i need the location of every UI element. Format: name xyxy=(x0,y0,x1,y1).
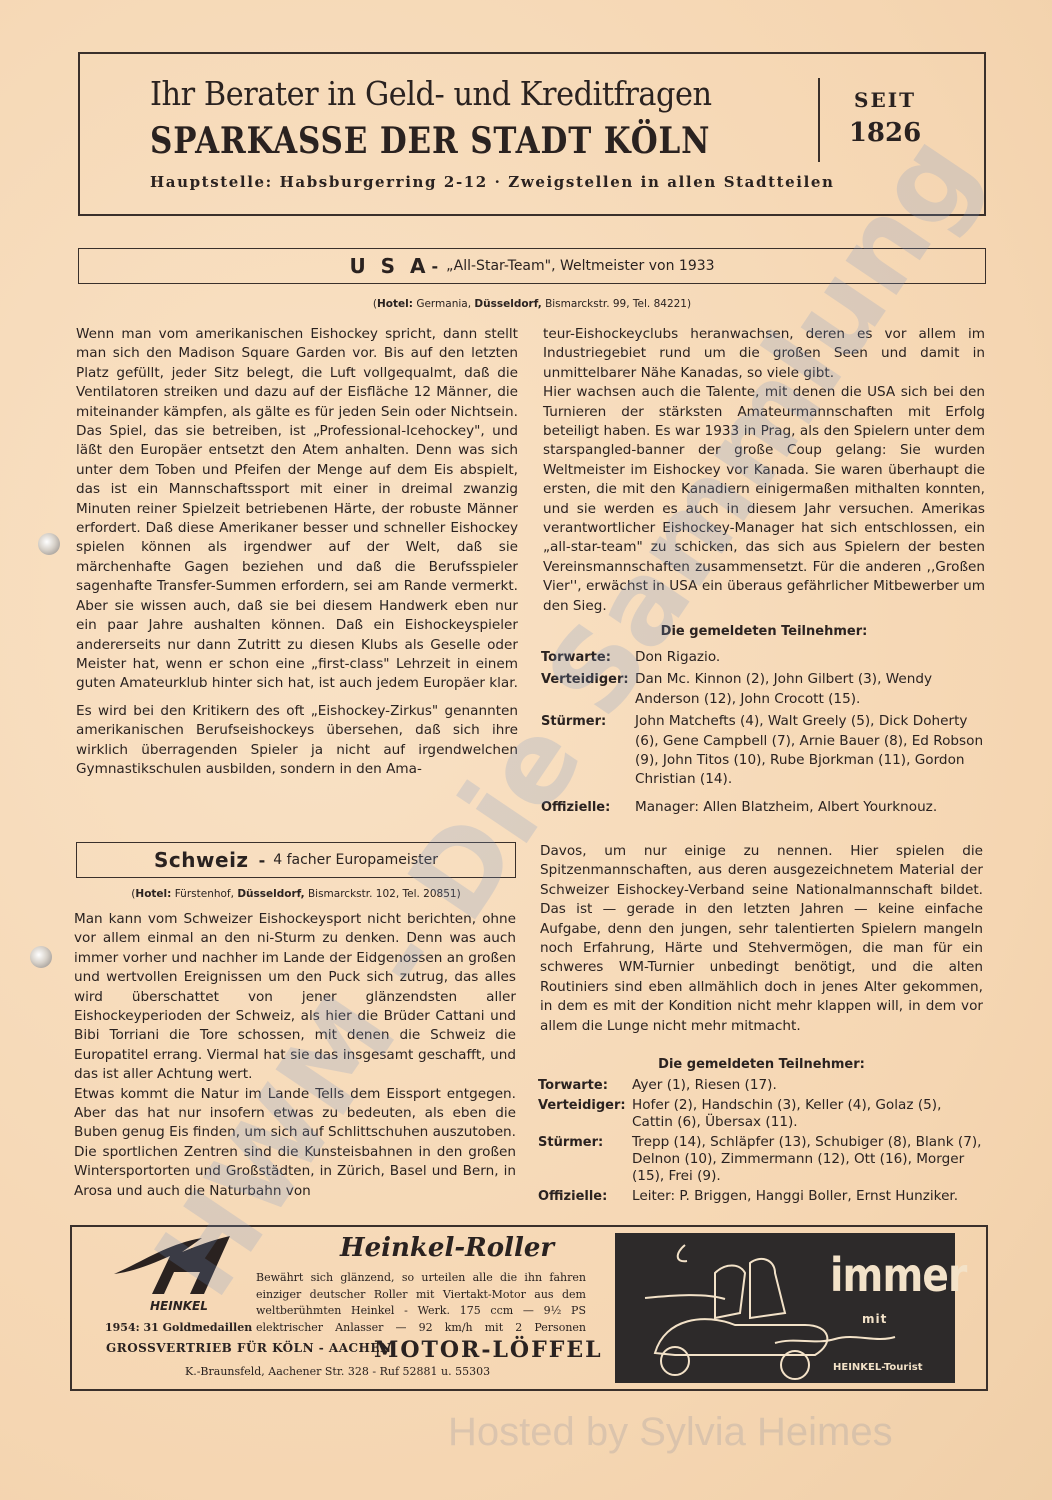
ad-line: Bewährt sich glänzend, so urteilen alle … xyxy=(256,1270,586,1287)
bank-divider xyxy=(818,78,820,162)
tourist-mit: mit xyxy=(862,1312,887,1326)
roster-value: John Matchefts (4), Walt Greely (5), Dic… xyxy=(635,712,985,790)
roster-label: Torwarte: xyxy=(538,1077,632,1094)
roster-label: Offizielle: xyxy=(538,1188,632,1205)
roster-value: Hofer (2), Handschin (3), Keller (4), Go… xyxy=(632,1097,984,1131)
hotel-name: Germania, xyxy=(416,298,471,310)
bank-name: SPARKASSE DER STADT KÖLN xyxy=(150,120,710,162)
tourist-headline: immer xyxy=(830,1248,966,1302)
roster-value: Leiter: P. Briggen, Hanggi Boller, Ernst… xyxy=(632,1188,984,1205)
paragraph: Davos, um nur einige zu nennen. Hier spi… xyxy=(540,842,983,1036)
heinkel-medals: 1954: 31 Goldmedaillen xyxy=(105,1321,252,1334)
roster-label: Stürmer: xyxy=(541,712,635,790)
usa-hotel: (Hotel: Germania, Düsseldorf, Bismarckst… xyxy=(78,298,986,310)
usa-title-box: U S A - „All-Star-Team", Weltmeister von… xyxy=(78,248,986,284)
bank-address: Hauptstelle: Habsburgerring 2-12 · Zweig… xyxy=(150,173,835,191)
roster-row: Verteidiger:Hofer (2), Handschin (3), Ke… xyxy=(538,1097,984,1131)
schweiz-title: Schweiz xyxy=(154,848,249,872)
roster-label: Torwarte: xyxy=(541,648,635,667)
ad-line: einziger deutscher Roller mit Viertakt-M… xyxy=(256,1287,586,1304)
hotel-label: Hotel: xyxy=(377,298,413,310)
roster-row: Verteidiger:Dan Mc. Kinnon (2), John Gil… xyxy=(541,670,985,709)
roster-label: Stürmer: xyxy=(538,1134,632,1185)
hotel-city: Düsseldorf, xyxy=(474,298,541,310)
roster-row: Stürmer:Trepp (14), Schläpfer (13), Schu… xyxy=(538,1134,984,1185)
paragraph: Es wird bei den Kritikern des oft „Eisho… xyxy=(76,702,518,780)
bank-slogan: Ihr Berater in Geld- und Kreditfragen xyxy=(150,74,712,113)
bank-since-label: SEIT xyxy=(835,88,935,112)
roster-value: Manager: Allen Blatzheim, Albert Yourkno… xyxy=(635,798,985,817)
paragraph: Man kann vom Schweizer Eishockeysport ni… xyxy=(74,910,516,1085)
svg-text:HEINKEL: HEINKEL xyxy=(150,1299,208,1313)
ad-line: elektrischer Anlasser — 92 km/h mit 2 Pe… xyxy=(256,1320,586,1337)
heinkel-wing-logo-icon: HEINKEL xyxy=(112,1232,237,1314)
paragraph: teur-Eishockeyclubs heranwachsen, deren … xyxy=(543,325,985,383)
usa-column-right: teur-Eishockeyclubs heranwachsen, deren … xyxy=(543,325,985,616)
schweiz-roster: Torwarte:Ayer (1), Riesen (17). Verteidi… xyxy=(538,1074,984,1205)
bank-since-year: 1826 xyxy=(835,118,935,148)
schweiz-title-box: Schweiz - 4 facher Europameister xyxy=(76,842,516,878)
dealer-address: K.-Braunsfeld, Aachener Str. 328 - Ruf 5… xyxy=(185,1365,490,1378)
hotel-name: Fürstenhof, xyxy=(175,888,234,900)
punch-hole xyxy=(30,946,52,968)
title-dash: - xyxy=(259,851,266,870)
title-dash: - xyxy=(432,257,439,276)
roster-row: Torwarte:Don Rigazio. xyxy=(541,648,985,667)
roster-value: Don Rigazio. xyxy=(635,648,985,667)
schweiz-hotel: (Hotel: Fürstenhof, Düsseldorf, Bismarck… xyxy=(76,888,516,900)
watermark-hosted: Hosted by Sylvia Heimes xyxy=(448,1410,893,1455)
schweiz-roster-title: Die gemeldeten Teilnehmer: xyxy=(540,1057,983,1072)
usa-roster: Torwarte:Don Rigazio. Verteidiger:Dan Mc… xyxy=(541,645,985,817)
heinkel-roller-name: Heinkel-Roller xyxy=(340,1233,554,1263)
schweiz-column-right: Davos, um nur einige zu nennen. Hier spi… xyxy=(540,842,983,1036)
hotel-address: Bismarckstr. 99, Tel. 84221) xyxy=(545,298,691,310)
roster-row: Offizielle:Manager: Allen Blatzheim, Alb… xyxy=(541,798,985,817)
usa-title: U S A xyxy=(349,254,429,278)
roster-value: Ayer (1), Riesen (17). xyxy=(632,1077,984,1094)
roster-label: Offizielle: xyxy=(541,798,635,817)
schweiz-column-left: Man kann vom Schweizer Eishockeysport ni… xyxy=(74,910,516,1201)
roster-value: Trepp (14), Schläpfer (13), Schubiger (8… xyxy=(632,1134,984,1185)
roster-row: Offizielle:Leiter: P. Briggen, Hanggi Bo… xyxy=(538,1188,984,1205)
heinkel-description: Bewährt sich glänzend, so urteilen alle … xyxy=(256,1270,586,1336)
tourist-product: HEINKEL-Tourist xyxy=(833,1362,923,1373)
hotel-city: Düsseldorf, xyxy=(237,888,304,900)
usa-roster-title: Die gemeldeten Teilnehmer: xyxy=(543,624,985,639)
roster-row: Stürmer:John Matchefts (4), Walt Greely … xyxy=(541,712,985,790)
roster-row: Torwarte:Ayer (1), Riesen (17). xyxy=(538,1077,984,1094)
paragraph: Hier wachsen auch die Talente, mit denen… xyxy=(543,383,985,616)
hotel-address: Bismarckstr. 102, Tel. 20851) xyxy=(308,888,461,900)
ad-line: weltberühmten Heinkel - Werk. 175 ccm — … xyxy=(256,1303,586,1320)
paragraph: Etwas kommt die Natur im Lande Tells dem… xyxy=(74,1085,516,1201)
dealer-name: MOTOR-LÖFFEL xyxy=(374,1337,603,1363)
roster-label: Verteidiger: xyxy=(541,670,635,709)
hotel-label: Hotel: xyxy=(135,888,171,900)
usa-column-left: Wenn man vom amerikanischen Eishockey sp… xyxy=(76,325,518,779)
roster-value: Dan Mc. Kinnon (2), John Gilbert (3), We… xyxy=(635,670,985,709)
punch-hole xyxy=(38,533,60,555)
heinkel-distribution: GROSSVERTRIEB FÜR KÖLN - AACHEN xyxy=(106,1341,392,1355)
roster-label: Verteidiger: xyxy=(538,1097,632,1131)
usa-subtitle: „All-Star-Team", Weltmeister von 1933 xyxy=(446,258,714,274)
paragraph: Wenn man vom amerikanischen Eishockey sp… xyxy=(76,325,518,694)
schweiz-subtitle: 4 facher Europameister xyxy=(273,852,438,868)
